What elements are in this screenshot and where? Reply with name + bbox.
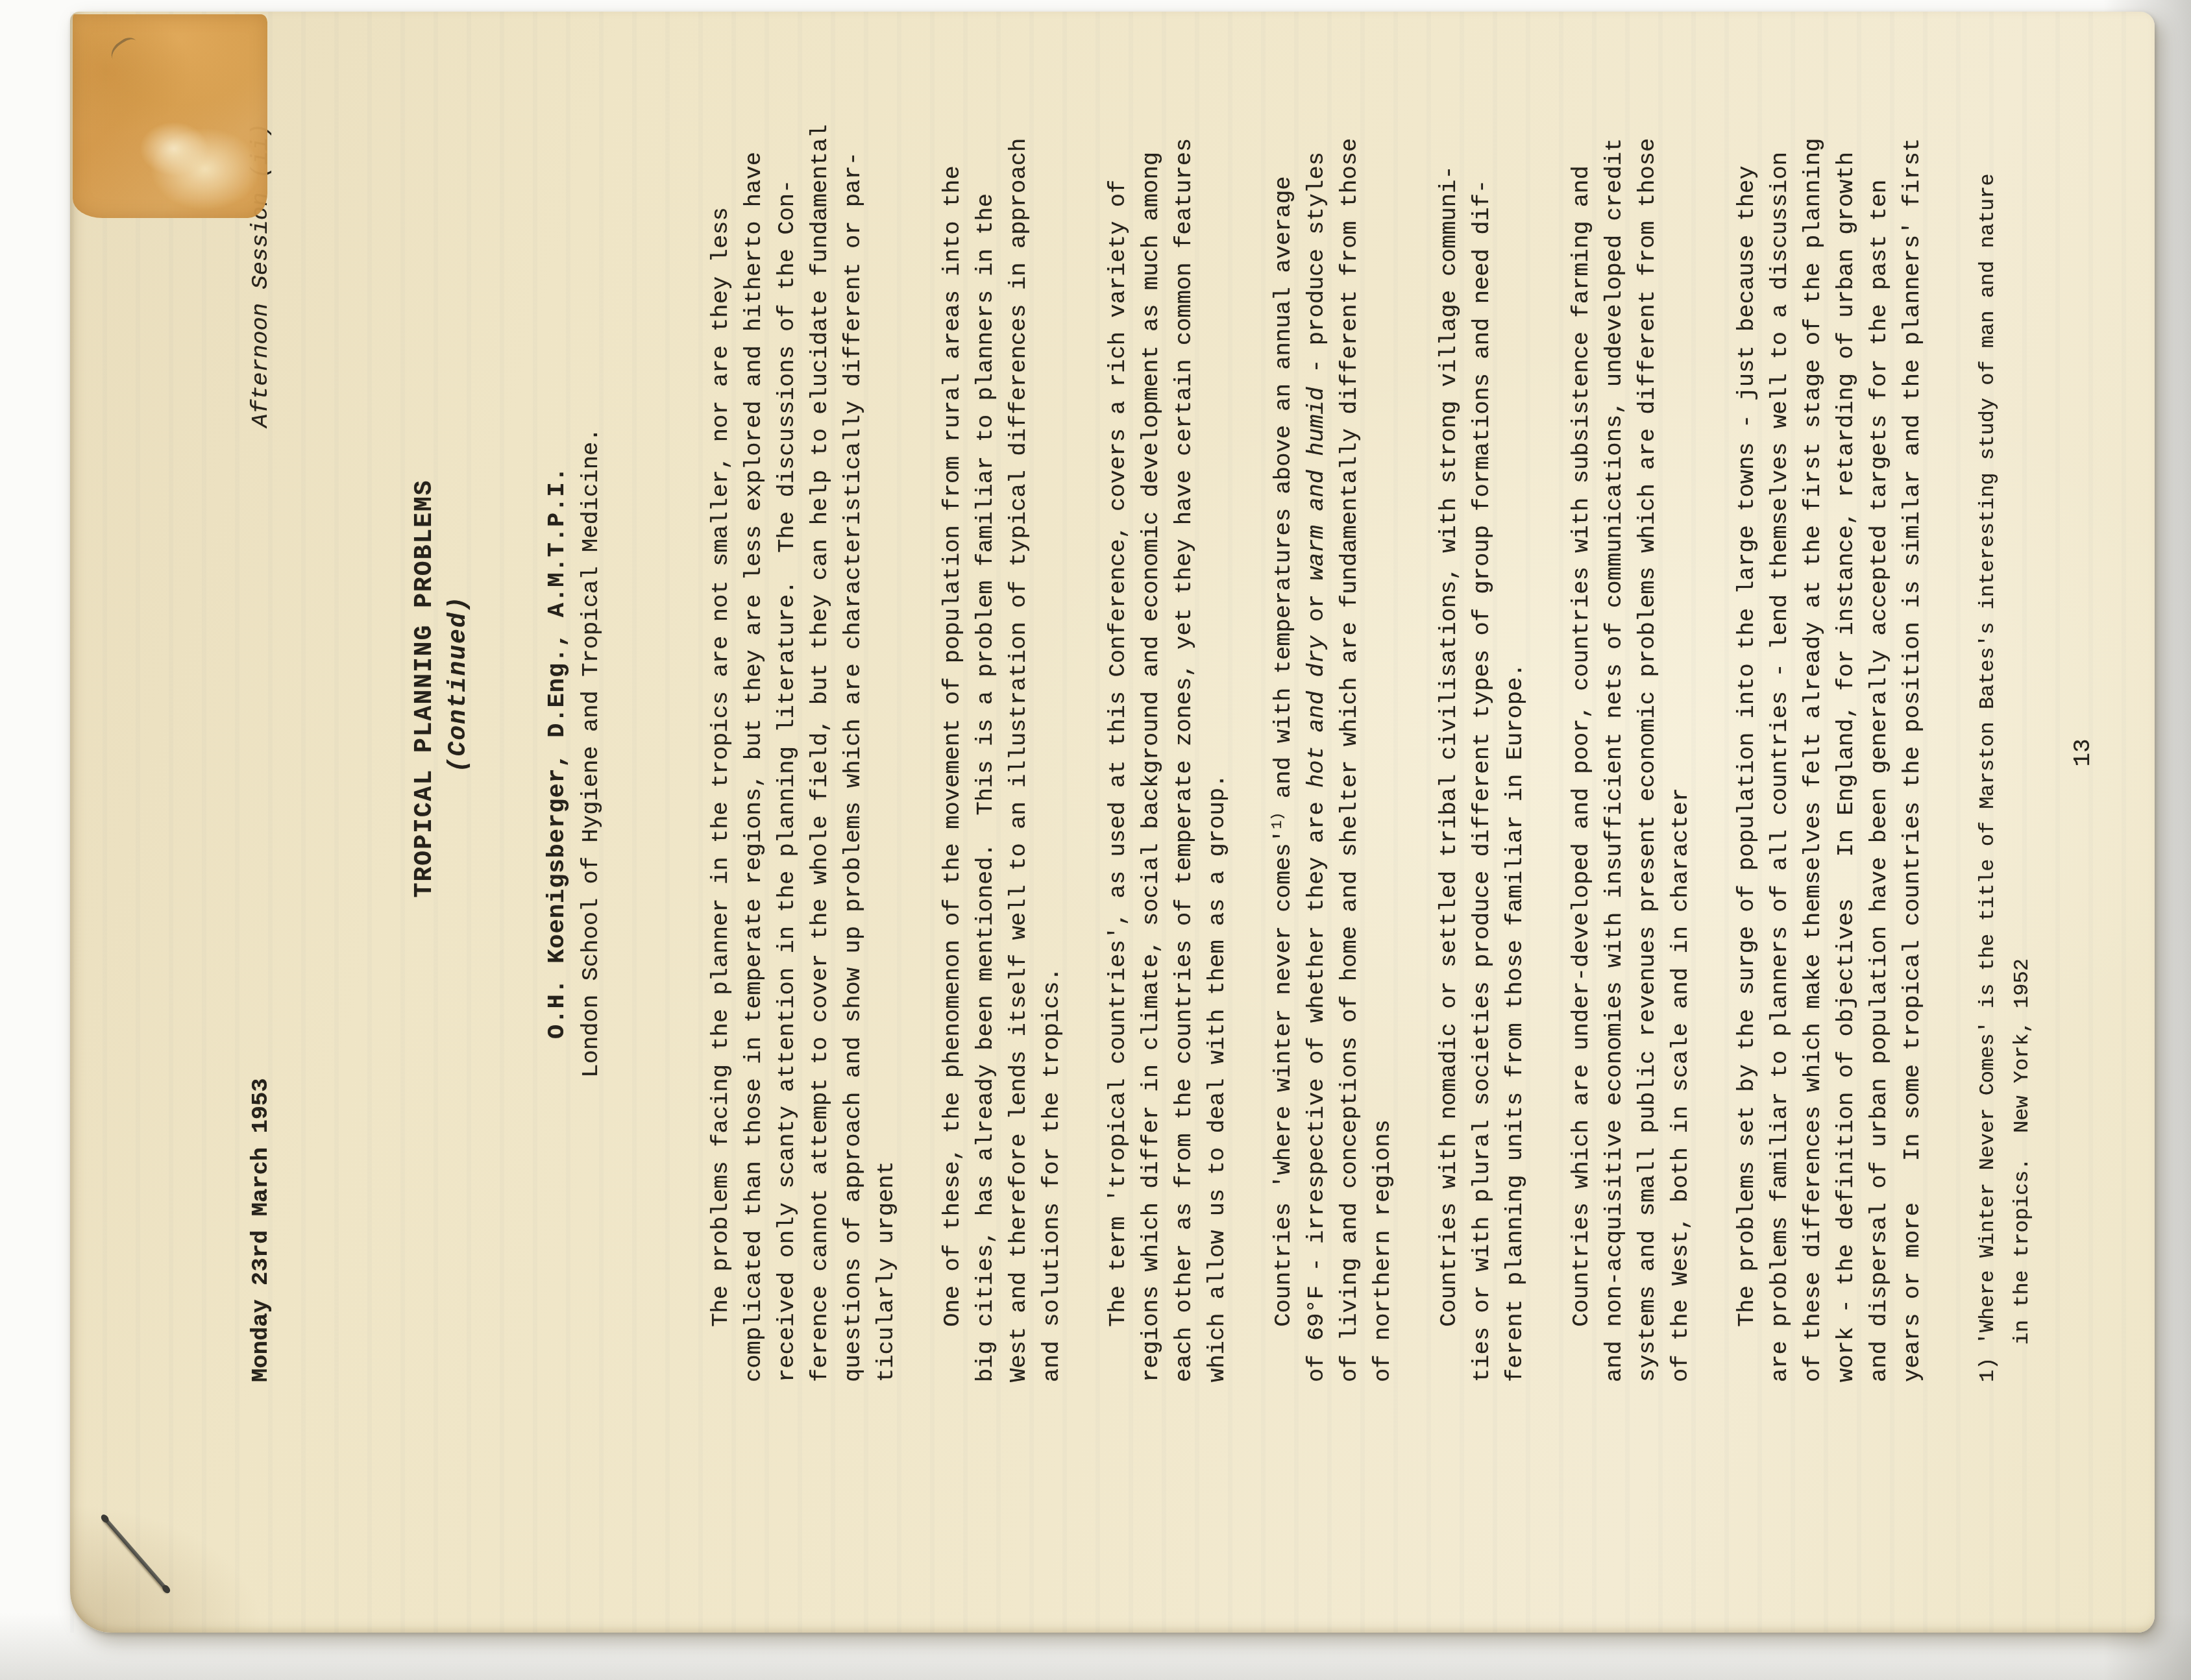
text-line: years or more In some tropical countries…: [1896, 123, 1929, 1382]
page-title: TROPICAL PLANNING PROBLEMS (Continued): [374, 123, 509, 1382]
page-title-continued: (Continued): [445, 596, 472, 773]
text-line: One of these, the phenomenon of the move…: [936, 123, 969, 1382]
document-page: Monday 23rd March 1953 Afternoon Session…: [70, 12, 2155, 1633]
text-line: 1) 'Where Winter Never Comes' is the tit…: [1970, 123, 2005, 1382]
page-title-main: TROPICAL PLANNING PROBLEMS: [411, 479, 439, 897]
text-line: ticularly urgent: [870, 123, 903, 1382]
text-line: in the tropics. New York, 1952: [2005, 123, 2039, 1382]
text-line: each other as from the countries of temp…: [1168, 123, 1201, 1382]
text-line: of the West, both in scale and in charac…: [1664, 123, 1697, 1382]
text-line: ferent planning units from those familia…: [1499, 123, 1532, 1382]
body-paragraphs: The problems facing the planner in the t…: [704, 123, 1929, 1382]
paragraph: The term 'tropical countries', as used a…: [1101, 123, 1234, 1382]
paragraph: Countries 'where winter never comes'1) a…: [1267, 123, 1399, 1382]
text-line: The term 'tropical countries', as used a…: [1101, 123, 1134, 1382]
page-header: Monday 23rd March 1953 Afternoon Session…: [244, 123, 277, 1382]
text-line: The problems facing the planner in the t…: [704, 123, 737, 1382]
text-line: regions which differ in climate, social …: [1134, 123, 1168, 1382]
text-line: of 69°F - irrespective of whether they a…: [1300, 123, 1333, 1382]
text-line: ference cannot attempt to cover the whol…: [803, 123, 837, 1382]
text-line: of living and conceptions of home and sh…: [1333, 123, 1366, 1382]
pencil-scribble: [106, 34, 143, 69]
paragraph: Countries with nomadic or settled tribal…: [1432, 123, 1532, 1382]
paragraph: One of these, the phenomenon of the move…: [936, 123, 1068, 1382]
text-line: West and therefore lends itself well to …: [1002, 123, 1035, 1382]
text-line: systems and small public revenues presen…: [1631, 123, 1664, 1382]
page-number: 13: [2066, 123, 2099, 1382]
text-line: of northern regions: [1366, 123, 1399, 1382]
paragraph: The problems set by the surge of populat…: [1730, 123, 1929, 1382]
text-line: of these differences which make themselv…: [1796, 123, 1830, 1382]
affiliation-line: London School of Hygiene and Tropical Me…: [574, 123, 608, 1382]
paragraph: The problems facing the planner in the t…: [704, 123, 903, 1382]
text-line: and dispersal of urban population have b…: [1863, 123, 1896, 1382]
text-line: Countries with nomadic or settled tribal…: [1432, 123, 1465, 1382]
author-line: O.H. Koenigsberger, D.Eng., A.M.T.P.I.: [541, 123, 574, 1382]
text-line: received only scanty attention in the pl…: [770, 123, 803, 1382]
text-line: and solutions for the tropics.: [1035, 123, 1068, 1382]
tape-residue: [73, 14, 267, 218]
paragraph: Countries which are under-developed and …: [1565, 123, 1697, 1382]
text-line: ties or with plural societies produce di…: [1465, 123, 1499, 1382]
page-content: Monday 23rd March 1953 Afternoon Session…: [70, 12, 2155, 1633]
text-line: Countries which are under-developed and …: [1565, 123, 1598, 1382]
text-line: The problems set by the surge of populat…: [1730, 123, 1763, 1382]
text-line: big cities, has already been mentioned. …: [969, 123, 1002, 1382]
text-line: work - the definition of objectives In E…: [1830, 123, 1863, 1382]
text-line: questions of approach and show up proble…: [837, 123, 870, 1382]
text-line: and non-acquisitive economies with insuf…: [1598, 123, 1631, 1382]
text-line: Countries 'where winter never comes'1) a…: [1267, 123, 1300, 1382]
text-line: which allow us to deal with them as a gr…: [1201, 123, 1234, 1382]
text-line: complicated than those in temperate regi…: [737, 123, 770, 1382]
header-date: Monday 23rd March 1953: [244, 1078, 277, 1382]
scanned-sheet: Monday 23rd March 1953 Afternoon Session…: [70, 12, 2155, 1633]
footnote: 1) 'Where Winter Never Comes' is the tit…: [1970, 123, 2039, 1382]
text-line: are problems familiar to planners of all…: [1763, 123, 1796, 1382]
